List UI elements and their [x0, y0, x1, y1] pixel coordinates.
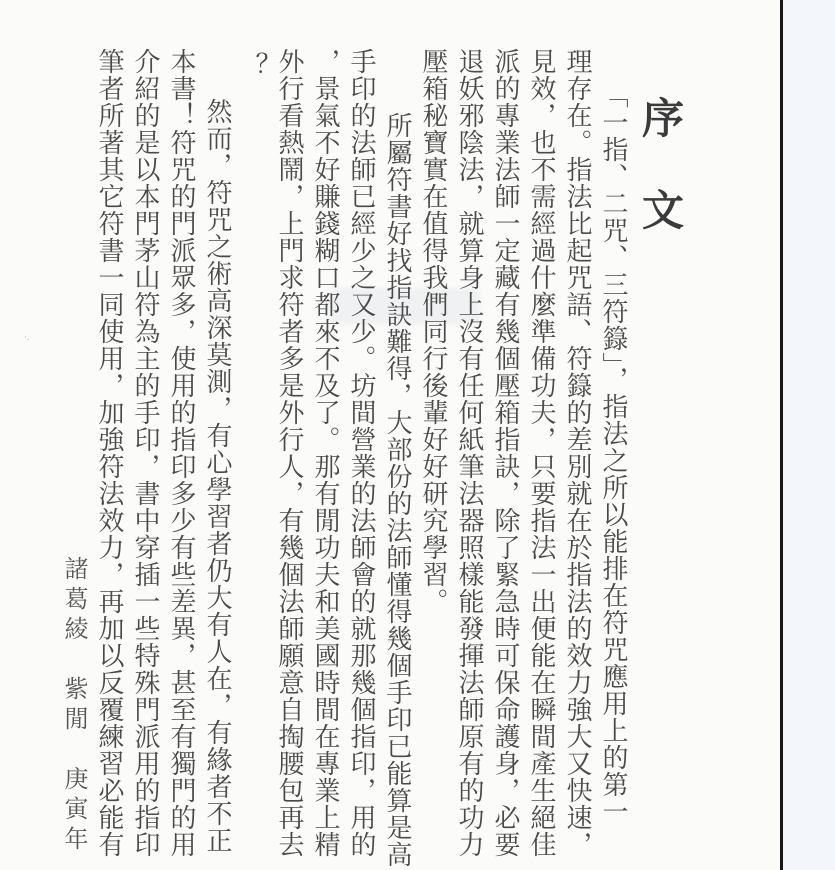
page-title: 序 文	[631, 0, 687, 870]
text-column: 手印的法師已經少之又少。坊間營業的法師會的就那幾個指印，用的	[343, 0, 379, 870]
author-signature: 諸葛綾 紫閒 庚寅年	[55, 0, 91, 870]
text-column: 壓箱秘寶實在值得我們同行後輩好好研究學習。	[415, 0, 451, 870]
preface-text-block: 序 文 「一指、二咒、三符籙」，指法之所以能排在符咒應用上的第一理存在。指法比起…	[55, 0, 687, 870]
text-column: 退妖邪陰法，就算身上沒有任何紙筆法器照樣能發揮法師原有的功力	[451, 0, 487, 870]
text-column: ，景氣不好賺錢糊口都來不及了。那有閒功夫和美國時間在專業上精	[307, 0, 343, 870]
text-column: 所屬符書好找指訣難得，大部份的法師懂得幾個手印已能算是高	[379, 0, 415, 870]
scan-gutter	[783, 0, 835, 870]
text-column: 外行看熱鬧，上門求符者多是外行人，有幾個法師願意自掏腰包再去	[271, 0, 307, 870]
text-column: 「一指、二咒、三符籙」，指法之所以能排在符咒應用上的第一	[595, 0, 631, 870]
text-column: 本書！符咒的門派眾多，使用的指印多少有些差異，甚至有獨門的用	[163, 0, 199, 870]
scanned-book-page: ·. 序 文 「一指、二咒、三符籙」，指法之所以能排在符咒應用上的第一理存在。指…	[0, 0, 835, 870]
text-column: 見效，也不需經過什麼準備功夫，只要指法一出便能在瞬間產生絕佳	[523, 0, 559, 870]
text-column: ？	[235, 0, 271, 870]
text-column: 然而，符咒之術高深莫測，有心學習者仍大有人在，有緣者不正	[199, 0, 235, 870]
text-column: 筆者所著其它符書一同使用，加強符法效力，再加以反覆練習必能有	[91, 0, 127, 870]
text-column: 介紹的是以本門茅山符為主的手印，書中穿插一些特殊門派用的指印	[127, 0, 163, 870]
text-column: 派的專業法師一定藏有幾個壓箱指訣，除了緊急時可保命護身，必要	[487, 0, 523, 870]
scan-edge-mark: ·.	[24, 334, 34, 348]
text-column: 理存在。指法比起咒語、符籙的差別就在於指法的效力強大又快速，	[559, 0, 595, 870]
